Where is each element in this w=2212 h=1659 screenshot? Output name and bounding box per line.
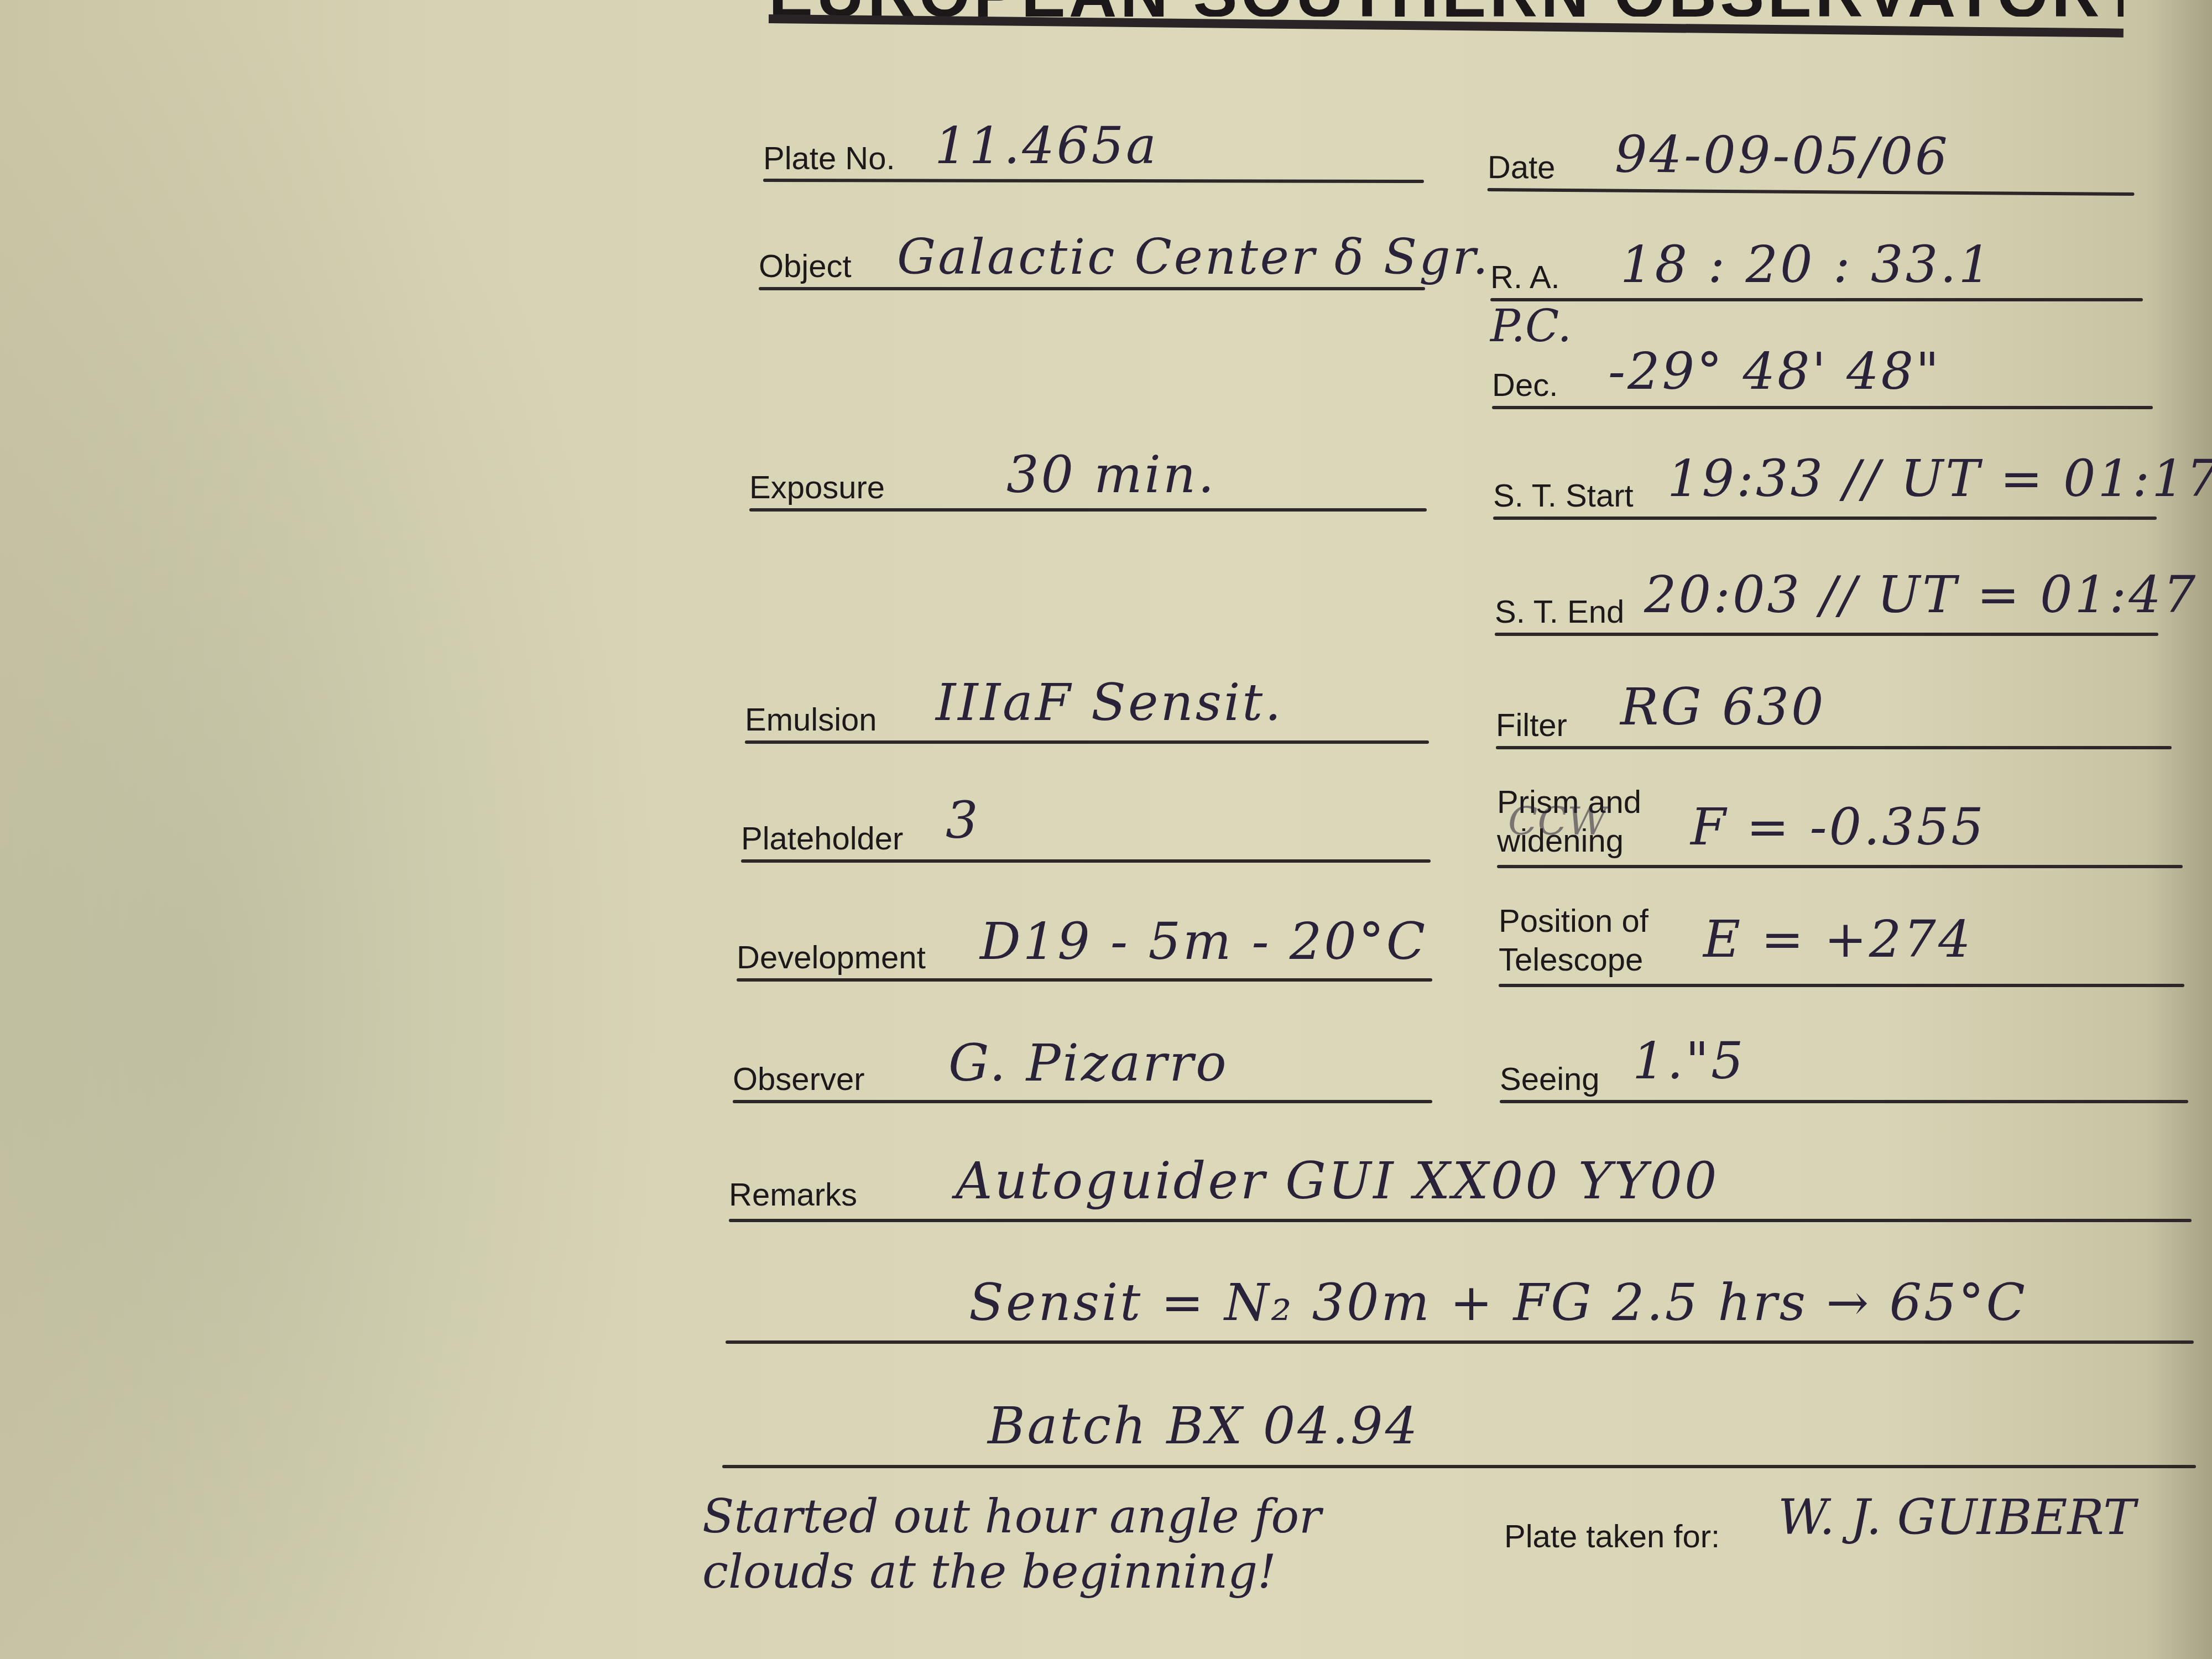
field-rule	[1496, 746, 2172, 749]
label-plateholder: Plateholder	[741, 823, 903, 855]
field-remarks: Remarks Autoguider GUI XX00 YY00	[729, 1156, 2192, 1222]
label-remarks: Remarks	[729, 1179, 857, 1211]
field-rule	[1497, 865, 2183, 868]
value-dec[interactable]: -29° 48' 48"	[1608, 346, 1941, 397]
field-rule	[763, 179, 1424, 183]
value-observer[interactable]: G. Pizarro	[948, 1038, 1229, 1089]
field-dec: Dec. -29° 48' 48"	[1492, 348, 2153, 409]
label-plate-no: Plate No.	[763, 143, 895, 175]
field-st-end: S. T. End 20:03 // UT = 01:47	[1495, 570, 2158, 636]
footer-note-line-1: Started out hour angle for	[702, 1493, 1321, 1540]
field-rule	[737, 978, 1432, 982]
field-rule	[741, 859, 1431, 863]
field-exposure: Exposure 30 min.	[749, 448, 1427, 512]
field-st-start: S. T. Start 19:33 // UT = 01:17	[1493, 453, 2157, 520]
remarks-line-2[interactable]: Sensit = N₂ 30m + FG 2.5 hrs → 65°C	[969, 1277, 2027, 1328]
field-emulsion: Emulsion IIIaF Sensit.	[745, 680, 1429, 744]
plate-taken-for-label: Plate taken for:	[1504, 1518, 1720, 1555]
footer-note-line-2: clouds at the beginning!	[702, 1548, 1276, 1595]
field-ra: R. A. 18 : 20 : 33.1	[1490, 238, 2143, 301]
value-development[interactable]: D19 - 5m - 20°C	[980, 916, 1427, 967]
label-seeing: Seeing	[1500, 1063, 1600, 1095]
field-rule	[1495, 633, 2158, 636]
field-rule	[1492, 406, 2153, 409]
field-date: Date 94-09-05/06	[1488, 125, 2135, 196]
field-prism: Prism and widening CCW F = -0.355	[1497, 785, 2183, 868]
field-object: Object Galactic Center δ Sgr.	[759, 227, 1425, 290]
label-ra: R. A.	[1490, 262, 1560, 294]
value-st-end[interactable]: 20:03 // UT = 01:47	[1644, 570, 2198, 620]
label-st-end: S. T. End	[1495, 596, 1624, 628]
field-position-telescope: Position of Telescope E = +274	[1499, 904, 2184, 987]
field-rule	[1499, 984, 2184, 987]
prism-strikeout: CCW	[1508, 802, 1607, 841]
label-object: Object	[759, 251, 852, 283]
field-plateholder: Plateholder 3	[741, 799, 1431, 863]
label-st-start: S. T. Start	[1493, 480, 1634, 512]
plate-taken-for-value[interactable]: W. J. GUIBERT	[1778, 1493, 2136, 1542]
label-exposure: Exposure	[749, 472, 885, 504]
label-position-telescope: Position of Telescope	[1499, 902, 1665, 979]
value-st-start[interactable]: 19:33 // UT = 01:17	[1667, 453, 2212, 504]
field-rule	[1493, 517, 2157, 520]
remarks-line-1[interactable]: Autoguider GUI XX00 YY00	[956, 1156, 1719, 1207]
field-rule	[1488, 188, 2135, 196]
value-date[interactable]: 94-09-05/06	[1615, 129, 1950, 182]
field-rule	[1490, 298, 2143, 301]
value-plateholder[interactable]: 3	[946, 795, 980, 846]
value-emulsion[interactable]: IIIaF Sensit.	[936, 677, 1284, 728]
value-filter[interactable]: RG 630	[1620, 682, 1826, 733]
label-filter: Filter	[1496, 709, 1567, 742]
form-header-title: EUROPEAN SOUTHERN OBSERVATORY	[769, 0, 2124, 17]
field-observer: Observer G. Pizarro	[733, 1040, 1432, 1103]
dec-annotation: P.C.	[1490, 304, 1572, 348]
label-date: Date	[1488, 152, 1556, 184]
value-seeing[interactable]: 1."5	[1632, 1036, 1746, 1087]
value-prism[interactable]: F = -0.355	[1691, 802, 1986, 853]
remarks-row-2: Sensit = N₂ 30m + FG 2.5 hrs → 65°C	[726, 1277, 2194, 1344]
label-development: Development	[737, 942, 926, 974]
field-rule	[749, 508, 1427, 512]
header-rule	[769, 14, 2124, 38]
label-observer: Observer	[733, 1063, 865, 1095]
label-emulsion: Emulsion	[745, 704, 877, 736]
field-development: Development D19 - 5m - 20°C	[737, 918, 1432, 982]
field-rule	[729, 1219, 2192, 1222]
value-ra[interactable]: 18 : 20 : 33.1	[1620, 239, 1993, 290]
field-rule	[759, 287, 1425, 290]
remarks-row-3: Batch BX 04.94	[722, 1399, 2196, 1468]
field-rule	[726, 1340, 2194, 1344]
value-exposure[interactable]: 30 min.	[1006, 450, 1216, 500]
paper-shadow	[0, 0, 664, 1659]
field-seeing: Seeing 1."5	[1500, 1040, 2188, 1103]
value-position-telescope[interactable]: E = +274	[1703, 914, 1973, 965]
label-dec: Dec.	[1492, 369, 1558, 401]
field-rule	[733, 1100, 1432, 1103]
field-rule	[1500, 1100, 2188, 1103]
value-object[interactable]: Galactic Center δ Sgr.	[897, 233, 1490, 281]
field-rule	[722, 1465, 2196, 1468]
field-rule	[745, 740, 1429, 744]
value-plate-no[interactable]: 11.465a	[935, 121, 1159, 171]
field-plate-no: Plate No. 11.465a	[763, 122, 1424, 182]
field-filter: Filter RG 630	[1496, 686, 2172, 749]
remarks-line-3[interactable]: Batch BX 04.94	[988, 1401, 1420, 1452]
